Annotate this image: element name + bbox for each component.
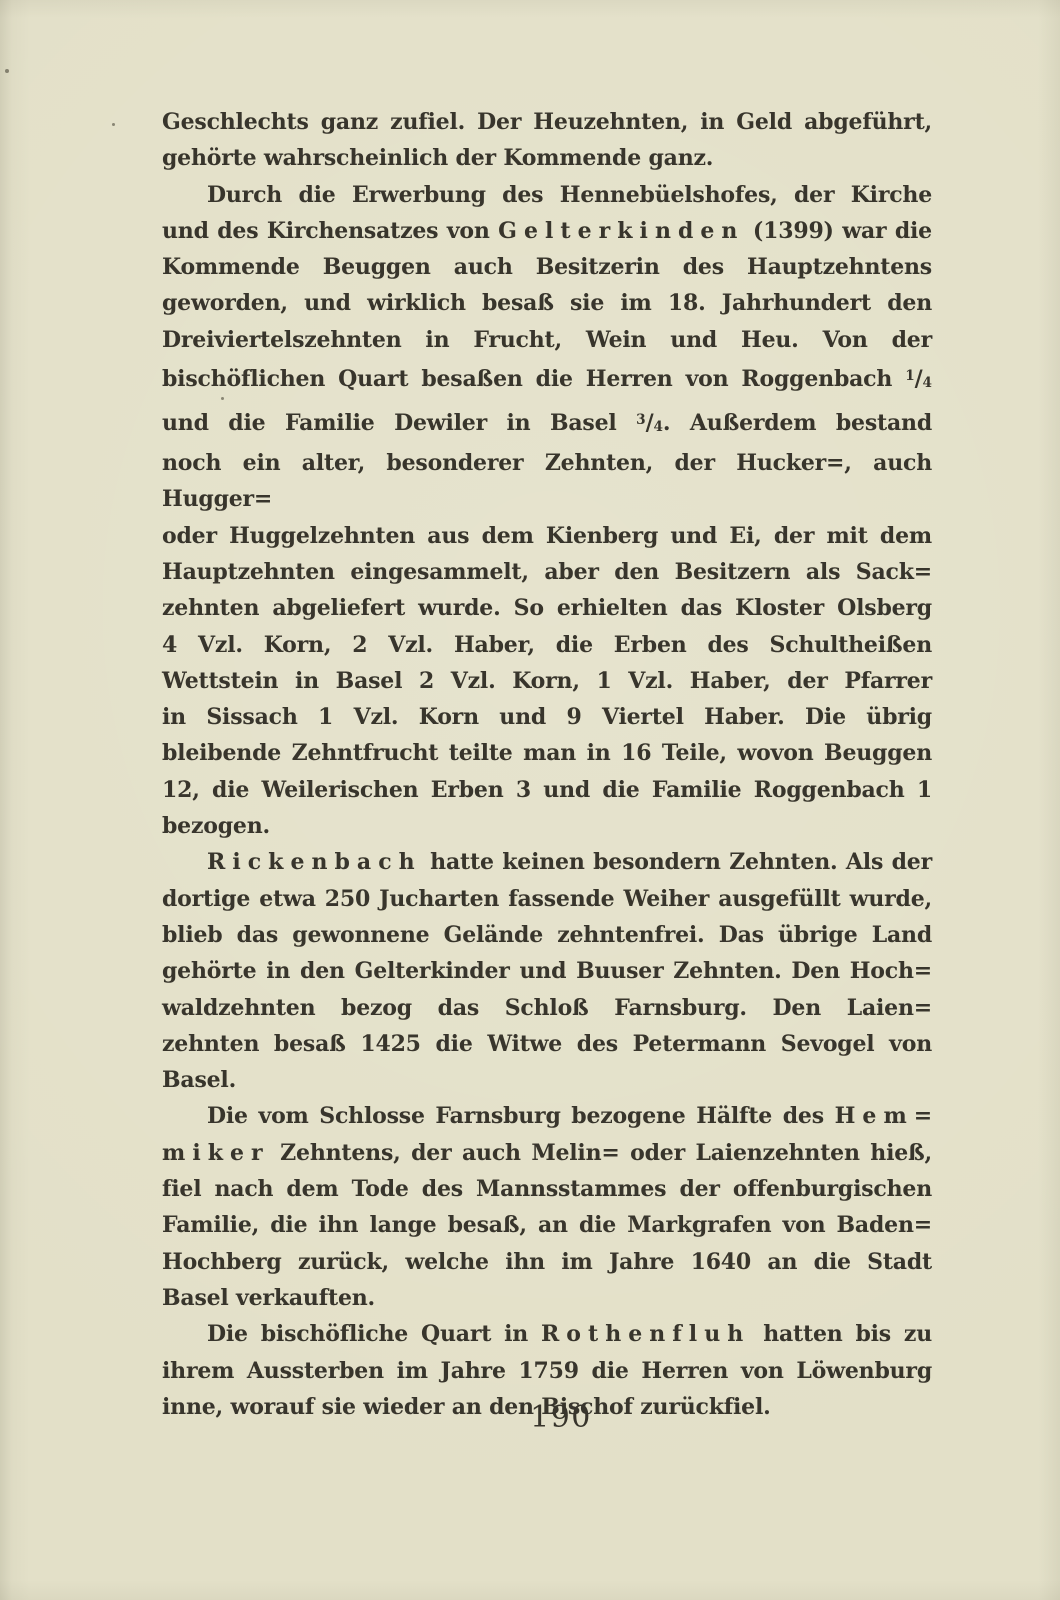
text-line: waldzehnten bezog das Schloß Farnsburg. …	[162, 990, 932, 1026]
text-line: und die Familie Dewiler in Basel 3/4. Au…	[162, 402, 932, 446]
text-segment: bleibende Zehntfrucht teilte man in 16 T…	[162, 740, 932, 766]
text-segment: dortige etwa 250 Jucharten fassende Weih…	[162, 886, 932, 912]
text-segment: ihrem Aussterben im Jahre 1759 die Herre…	[162, 1358, 932, 1384]
text-line: geworden, und wirklich besaß sie im 18. …	[162, 285, 932, 321]
text-segment: oder Huggelzehnten aus dem Kienberg und …	[162, 523, 932, 549]
text-segment: bezogen.	[162, 813, 270, 839]
text-line: 4 Vzl. Korn, 2 Vzl. Haber, die Erben des…	[162, 627, 932, 663]
text-line: noch ein alter, besonderer Zehnten, der …	[162, 445, 932, 518]
text-segment: Die bischöfliche Quart in	[207, 1321, 541, 1347]
paper-speck	[112, 123, 115, 126]
text-segment: Kommende Beuggen auch Besitzerin des Hau…	[162, 254, 932, 280]
emphasized-word: Rothenfluh	[541, 1321, 750, 1347]
text-segment: 4 Vzl. Korn, 2 Vzl. Haber, die Erben des…	[162, 632, 932, 658]
emphasized-word: Hem	[835, 1103, 914, 1129]
text-segment: in Sissach 1 Vzl. Korn und 9 Viertel Hab…	[162, 704, 932, 730]
text-line: blieb das gewonnene Gelände zehntenfrei.…	[162, 917, 932, 953]
text-line: bleibende Zehntfrucht teilte man in 16 T…	[162, 735, 932, 771]
text-segment: Zehntens, der auch Melin= oder Laienzehn…	[270, 1140, 932, 1166]
text-line: miker Zehntens, der auch Melin= oder Lai…	[162, 1135, 932, 1171]
text-segment: Durch die Erwerbung des Hennebüelshofes,…	[207, 182, 932, 208]
text-line: Wettstein in Basel 2 Vzl. Korn, 1 Vzl. H…	[162, 663, 932, 699]
text-line: fiel nach dem Tode des Mannsstammes der …	[162, 1171, 932, 1207]
text-line: Dreiviertelszehnten in Frucht, Wein und …	[162, 322, 932, 358]
text-line: zehnten besaß 1425 die Witwe des Peterma…	[162, 1026, 932, 1062]
text-line: Geschlechts ganz zufiel. Der Heuzehnten,…	[162, 104, 932, 140]
text-segment: und die Familie Dewiler in Basel	[162, 410, 636, 436]
text-line: in Sissach 1 Vzl. Korn und 9 Viertel Hab…	[162, 699, 932, 735]
text-segment: zehnten besaß 1425 die Witwe des Peterma…	[162, 1031, 932, 1057]
paper-speck	[5, 69, 9, 73]
text-line: Basel verkauften.	[162, 1280, 932, 1316]
text-line: oder Huggelzehnten aus dem Kienberg und …	[162, 518, 932, 554]
text-segment: Dreiviertelszehnten in Frucht, Wein und …	[162, 327, 932, 353]
text-line: zehnten abgeliefert wurde. So erhielten …	[162, 590, 932, 626]
text-line: bischöflichen Quart besaßen die Herren v…	[162, 358, 932, 402]
text-line: Kommende Beuggen auch Besitzerin des Hau…	[162, 249, 932, 285]
text-line: Durch die Erwerbung des Hennebüelshofes,…	[162, 177, 932, 213]
text-segment: Geschlechts ganz zufiel. Der Heuzehnten,…	[162, 109, 932, 135]
emphasized-word: miker	[162, 1140, 270, 1166]
text-segment: fiel nach dem Tode des Mannsstammes der …	[162, 1176, 932, 1202]
text-segment: 4	[653, 419, 662, 435]
text-line: und des Kirchensatzes von Gelterkinden (…	[162, 213, 932, 249]
text-segment: blieb das gewonnene Gelände zehntenfrei.…	[162, 922, 932, 948]
text-segment: 3	[636, 412, 645, 428]
text-line: Familie, die ihn lange besaß, an die Mar…	[162, 1207, 932, 1243]
text-line: Rickenbach hatte keinen besondern Zehnte…	[162, 844, 932, 880]
text-segment: geworden, und wirklich besaß sie im 18. …	[162, 290, 932, 316]
text-segment: Die vom Schlosse Farnsburg bezogene Hälf…	[207, 1103, 835, 1129]
text-line: gehörte wahrscheinlich der Kommende ganz…	[162, 140, 932, 176]
text-segment: =	[914, 1103, 932, 1129]
text-segment: 4	[923, 375, 932, 391]
text-segment: bischöflichen Quart besaßen die Herren v…	[162, 366, 905, 392]
text-segment: Basel verkauften.	[162, 1285, 375, 1311]
text-segment: Basel.	[162, 1067, 236, 1093]
text-segment: Wettstein in Basel 2 Vzl. Korn, 1 Vzl. H…	[162, 668, 932, 694]
text-segment: gehörte wahrscheinlich der Kommende ganz…	[162, 145, 713, 171]
text-line: dortige etwa 250 Jucharten fassende Weih…	[162, 881, 932, 917]
text-line: Hauptzehnten eingesammelt, aber den Besi…	[162, 554, 932, 590]
text-segment: Hauptzehnten eingesammelt, aber den Besi…	[162, 559, 932, 585]
text-line: Die vom Schlosse Farnsburg bezogene Hälf…	[162, 1098, 932, 1134]
page-number: 190	[176, 1400, 946, 1435]
text-segment: hatte keinen besondern Zehnten. Als der	[422, 849, 932, 875]
text-line: gehörte in den Gelterkinder und Buuser Z…	[162, 953, 932, 989]
text-segment: noch ein alter, besonderer Zehnten, der …	[162, 450, 932, 512]
text-segment: (1399) war die	[744, 218, 932, 244]
text-line: bezogen.	[162, 808, 932, 844]
text-segment: zehnten abgeliefert wurde. So erhielten …	[162, 595, 932, 621]
emphasized-word: Rickenbach	[207, 849, 422, 875]
text-segment: Familie, die ihn lange besaß, an die Mar…	[162, 1212, 932, 1238]
text-segment: . Außerdem bestand	[663, 410, 932, 436]
text-line: Basel.	[162, 1062, 932, 1098]
text-segment: /	[915, 366, 923, 392]
text-segment: 1	[905, 368, 914, 384]
text-segment: waldzehnten bezog das Schloß Farnsburg. …	[162, 995, 932, 1021]
text-segment: Hochberg zurück, welche ihn im Jahre 164…	[162, 1249, 932, 1275]
emphasized-word: Gelterkinden	[498, 218, 744, 244]
text-line: Die bischöfliche Quart in Rothenfluh hat…	[162, 1316, 932, 1352]
text-block: Geschlechts ganz zufiel. Der Heuzehnten,…	[162, 104, 932, 1425]
text-line: Hochberg zurück, welche ihn im Jahre 164…	[162, 1244, 932, 1280]
text-segment: hatten bis zu	[750, 1321, 932, 1347]
paper-speck	[221, 397, 224, 400]
scanned-book-page: Geschlechts ganz zufiel. Der Heuzehnten,…	[0, 0, 1060, 1600]
text-line: 12, die Weilerischen Erben 3 und die Fam…	[162, 772, 932, 808]
text-segment: 12, die Weilerischen Erben 3 und die Fam…	[162, 777, 932, 803]
text-segment: gehörte in den Gelterkinder und Buuser Z…	[162, 958, 932, 984]
text-line: ihrem Aussterben im Jahre 1759 die Herre…	[162, 1353, 932, 1389]
text-segment: und des Kirchensatzes von	[162, 218, 498, 244]
